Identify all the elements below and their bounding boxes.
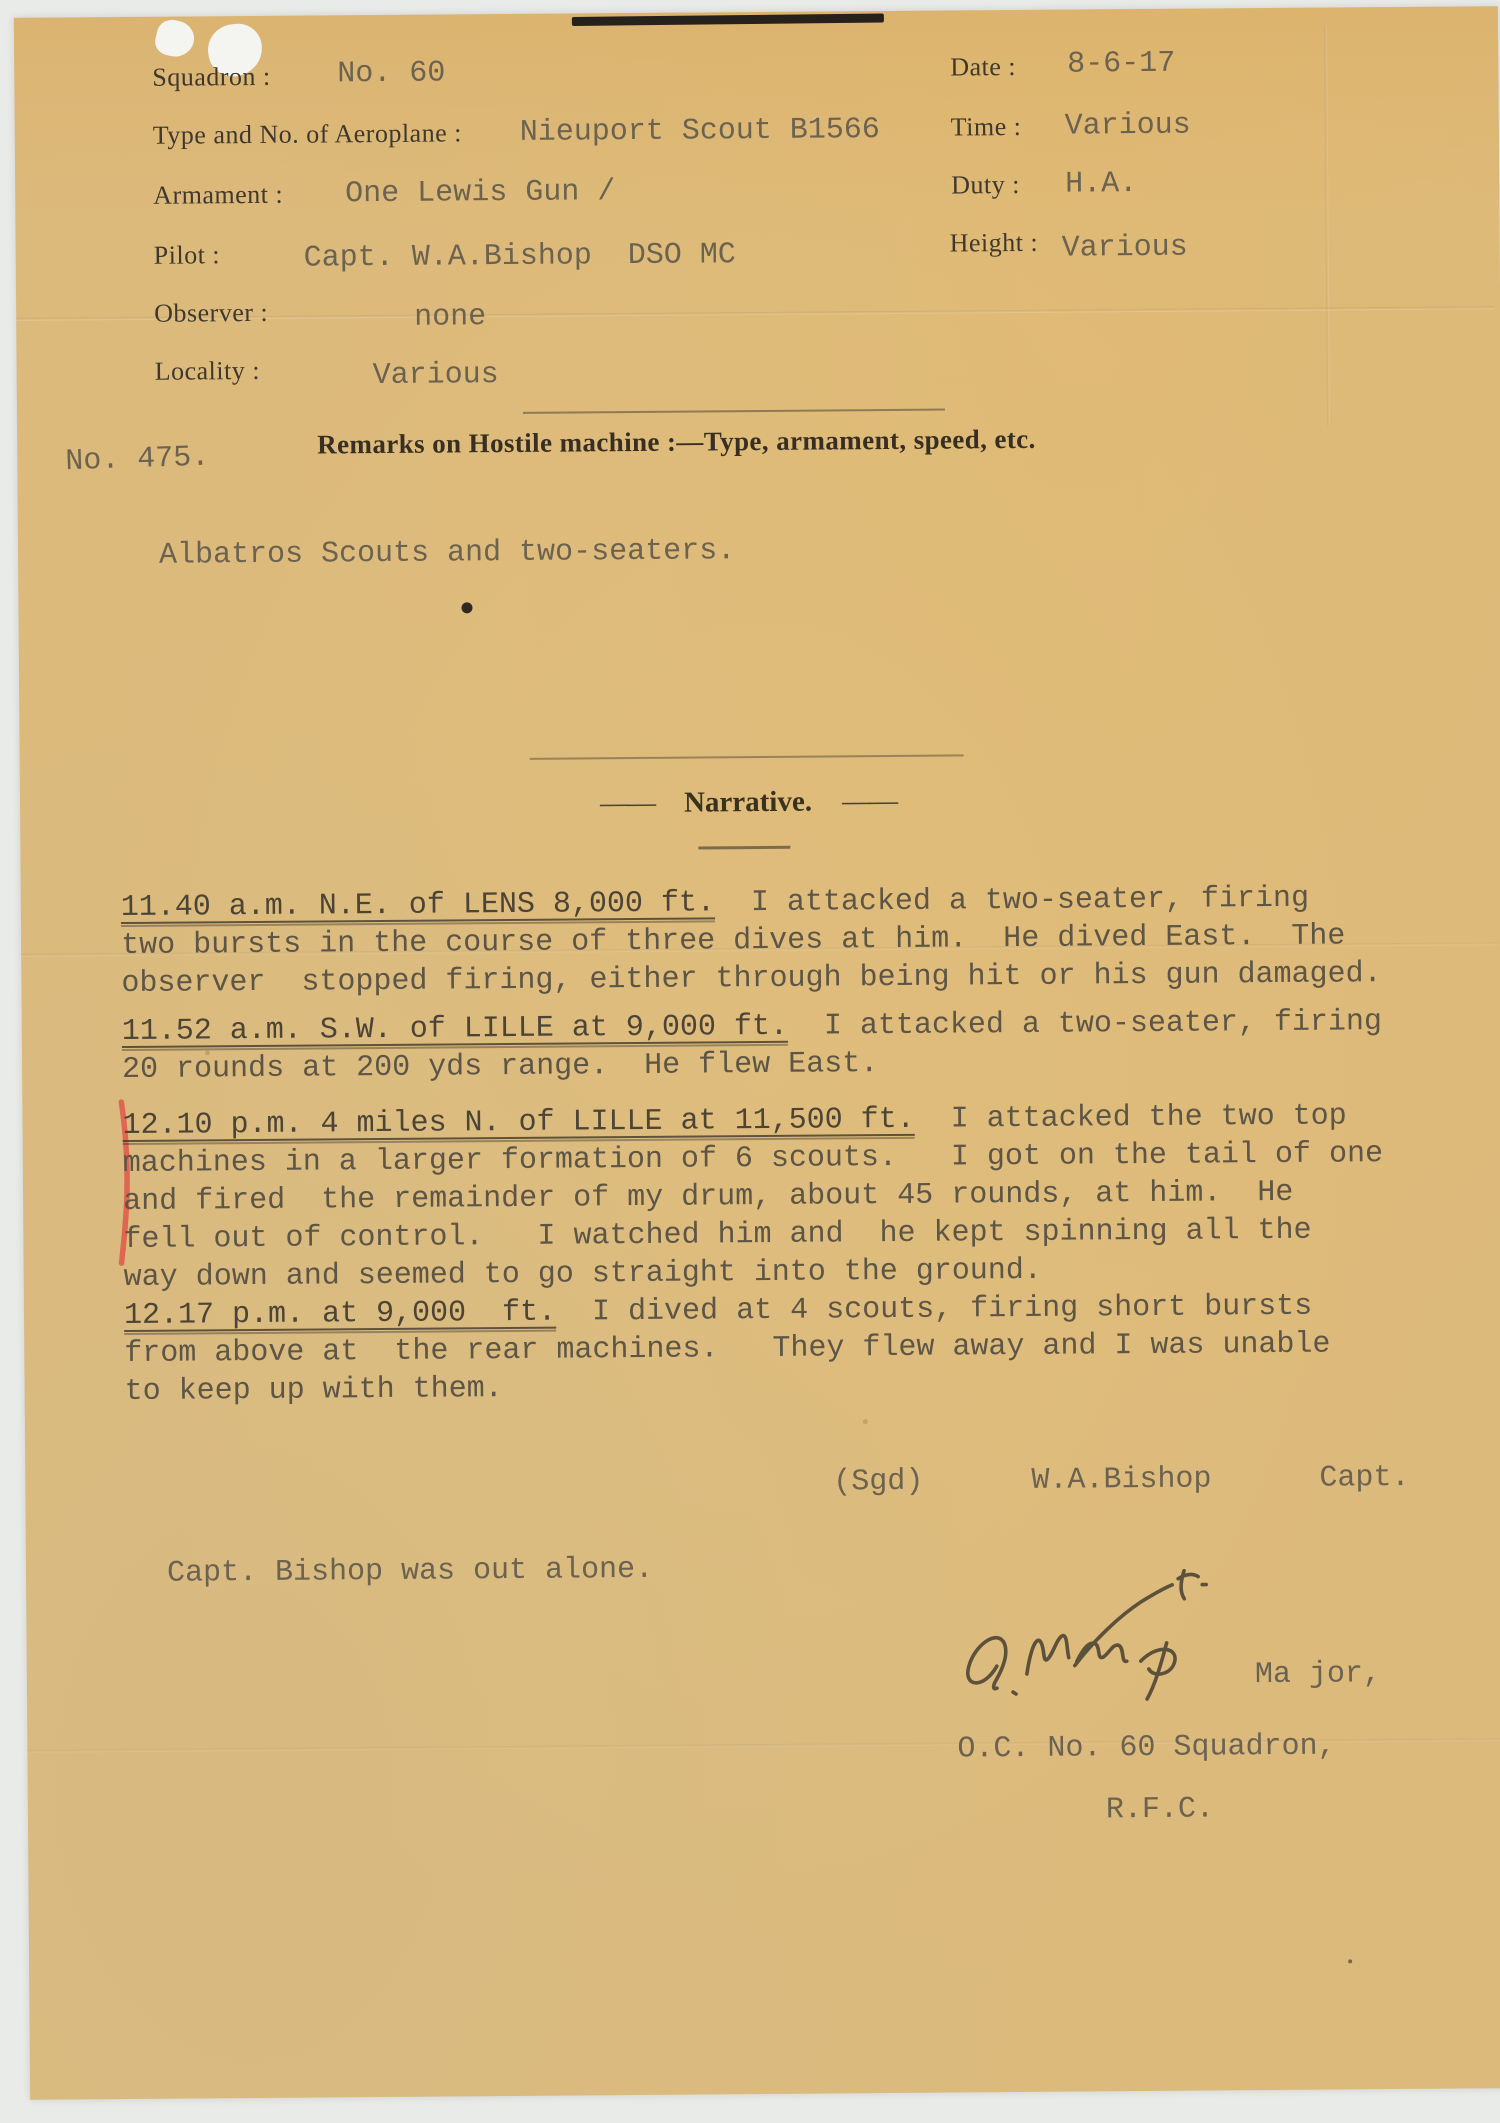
- remarks-text: Albatros Scouts and two-seaters.: [159, 534, 735, 573]
- entry-text: I dived at 4 scouts, firing short bursts: [556, 1290, 1312, 1330]
- field-label-time: Time :: [951, 112, 1022, 143]
- entry-time-location: 12.10 p.m. 4 miles N. of LILLE at 11,500…: [122, 1103, 914, 1145]
- solo-note: Capt. Bishop was out alone.: [167, 1553, 653, 1591]
- entry-time-location: 11.40 a.m. N.E. of LENS 8,000 ft.: [121, 886, 715, 927]
- paper-speck: [1348, 1959, 1352, 1963]
- narrative-heading: —— Narrative. ——: [518, 784, 978, 821]
- field-value-aeroplane: Nieuport Scout B1566: [520, 113, 880, 150]
- scan-edge-bar: [572, 13, 884, 26]
- narrative-sub-rule: [698, 846, 790, 849]
- field-label-squadron: Squadron :: [152, 62, 271, 93]
- punch-hole: [152, 17, 197, 61]
- narrative-entry: 11.40 a.m. N.E. of LENS 8,000 ft. I atta…: [121, 879, 1382, 1003]
- scanned-combat-report: { "document": { "form_number": "No. 475.…: [0, 0, 1500, 2123]
- field-label-observer: Observer :: [154, 298, 268, 329]
- field-value-armament: One Lewis Gun /: [345, 175, 615, 211]
- field-label-aeroplane: Type and No. of Aeroplane :: [153, 118, 462, 150]
- field-label-locality: Locality :: [155, 356, 261, 387]
- heading-dash: ——: [600, 787, 654, 820]
- entry-line: to keep up with them.: [124, 1364, 1330, 1411]
- field-label-armament: Armament :: [153, 180, 283, 211]
- signed-line: (Sgd) W.A.Bishop Capt.: [833, 1461, 1409, 1500]
- field-value-observer: none: [414, 300, 486, 335]
- field-value-date: 8-6-17: [1067, 47, 1175, 82]
- paper-crease: [1324, 26, 1330, 426]
- paper-sheet: Squadron : No. 60 Type and No. of Aeropl…: [14, 6, 1500, 2100]
- sheet-content: Squadron : No. 60 Type and No. of Aeropl…: [14, 6, 1500, 2100]
- oc-line: O.C. No. 60 Squadron,: [957, 1730, 1335, 1767]
- narrative-heading-text: Narrative.: [684, 786, 812, 820]
- narrative-entry: 12.10 p.m. 4 miles N. of LILLE at 11,500…: [122, 1097, 1384, 1297]
- field-label-height: Height :: [950, 228, 1039, 259]
- narrative-top-rule: [530, 754, 964, 759]
- field-label-duty: Duty :: [951, 170, 1020, 201]
- remarks-heading: Remarks on Hostile machine :—Type, armam…: [317, 424, 1036, 461]
- report-number: No. 475.: [65, 441, 210, 480]
- field-value-height: Various: [1062, 231, 1188, 266]
- paper-speck: [863, 1419, 868, 1424]
- corps-line: R.F.C.: [1106, 1792, 1214, 1827]
- field-value-duty: H.A.: [1065, 167, 1137, 202]
- field-value-pilot: Capt. W.A.Bishop DSO MC: [304, 238, 736, 275]
- field-label-date: Date :: [950, 52, 1016, 83]
- entry-time-location: 12.17 p.m. at 9,000 ft.: [124, 1296, 556, 1335]
- heading-dash: ——: [842, 785, 896, 818]
- signature-handwritten: [954, 1568, 1265, 1730]
- for-rank: Ma jor,: [1255, 1657, 1381, 1692]
- field-value-time: Various: [1065, 109, 1191, 144]
- field-value-squadron: No. 60: [337, 56, 445, 91]
- field-label-pilot: Pilot :: [154, 240, 221, 271]
- field-value-locality: Various: [373, 358, 499, 393]
- entry-text: I attacked the two top: [915, 1099, 1347, 1136]
- narrative-entry: 12.17 p.m. at 9,000 ft. I dived at 4 sco…: [124, 1288, 1331, 1411]
- header-divider-rule: [523, 409, 945, 414]
- entry-text: I attacked a two-seater, firing: [788, 1005, 1382, 1044]
- entry-time-location: 11.52 a.m. S.W. of LILLE at 9,000 ft.: [122, 1010, 788, 1051]
- ink-dot: [461, 602, 472, 613]
- narrative-entry: 11.52 a.m. S.W. of LILLE at 9,000 ft. I …: [122, 1003, 1383, 1089]
- entry-text: I attacked a two-seater, firing: [715, 882, 1309, 921]
